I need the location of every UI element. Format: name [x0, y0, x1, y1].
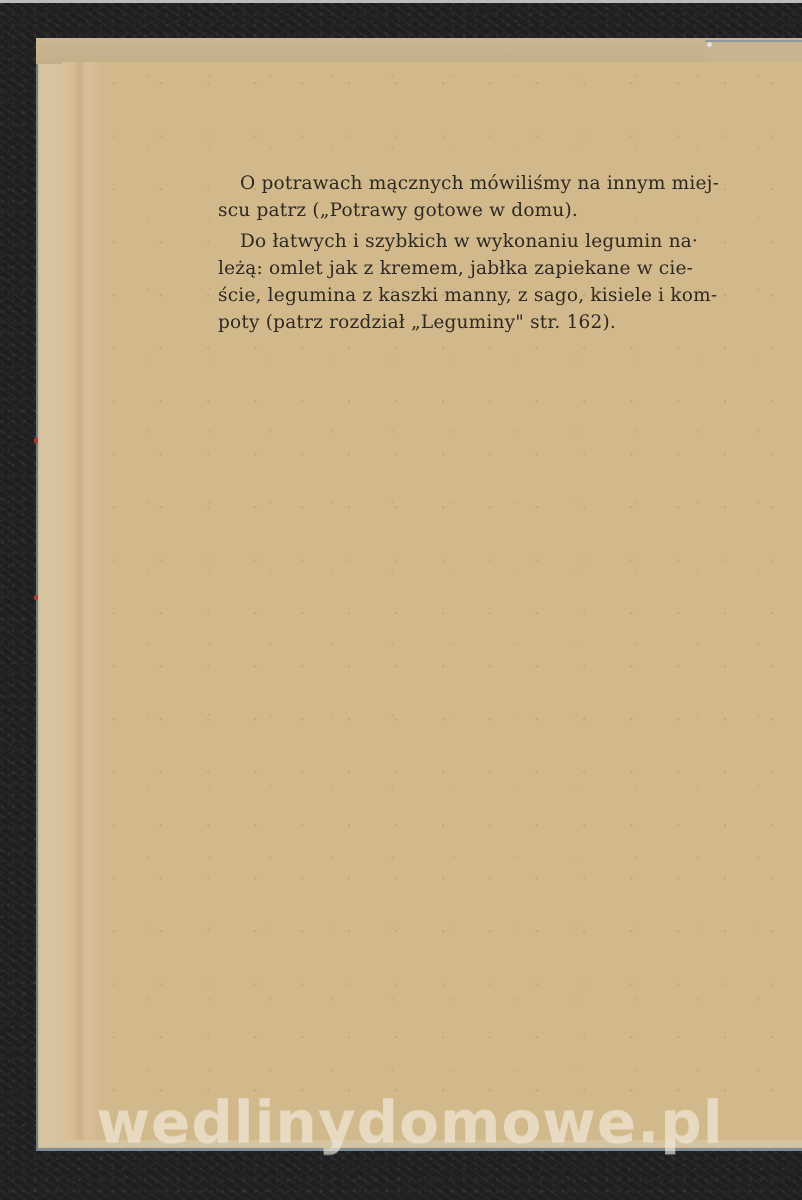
- text-line: leżą: omlet jak z kremem, jabłka zapieka…: [218, 255, 778, 282]
- text-line: O potrawach mącznych mówiliśmy na innym …: [218, 170, 778, 197]
- page-text: O potrawach mącznych mówiliśmy na innym …: [218, 170, 778, 336]
- paragraph-2: Do łatwych i szybkich w wykonaniu legumi…: [218, 228, 778, 336]
- text-line: Do łatwych i szybkich w wykonaniu legumi…: [218, 228, 778, 255]
- paragraph-1: O potrawach mącznych mówiliśmy na innym …: [218, 170, 778, 224]
- red-mark: [34, 438, 38, 443]
- text-line: poty (patrz rozdział „Leguminy" str. 162…: [218, 309, 778, 336]
- pin-mark: [707, 42, 712, 47]
- cover-top-fold: [36, 38, 802, 64]
- red-mark: [34, 595, 38, 600]
- watermark: wedlinydomowe.pl: [80, 1088, 740, 1156]
- scan-top-strip: [0, 0, 802, 3]
- book-page: O potrawach mącznych mówiliśmy na innym …: [100, 62, 802, 1140]
- text-line: scu patrz („Potrawy gotowe w domu).: [218, 197, 778, 224]
- cover-top-right-flap: [705, 40, 802, 64]
- text-line: ście, legumina z kaszki manny, z sago, k…: [218, 282, 778, 309]
- page-edges: [62, 62, 102, 1140]
